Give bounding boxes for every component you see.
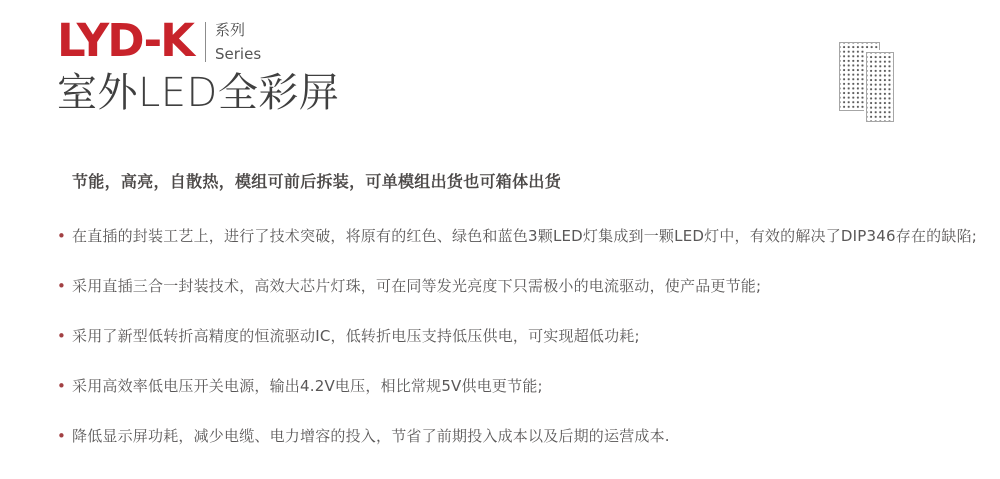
bullet-dot-icon: • (57, 276, 72, 297)
feature-text: 采用高效率低电压开关电源，输出4.2V电压，相比常规5V供电更节能; (72, 376, 987, 397)
bullet-dot-icon: • (57, 376, 72, 397)
feature-text: 采用了新型低转折高精度的恒流驱动IC，低转折电压支持低压供电，可实现超低功耗; (72, 326, 987, 347)
brochure-page: LYD-K 系列 Series 室外LED全彩屏 节能，高亮，自散热，模组可前后… (0, 0, 1000, 479)
page-title: 室外LED全彩屏 (57, 70, 339, 116)
bullet-dot-icon: • (57, 426, 72, 447)
feature-headline: 节能，高亮，自散热，模组可前后拆装，可单模组出货也可箱体出货 (72, 171, 987, 192)
bullet-dot-icon: • (57, 326, 72, 347)
feature-item: • 在直插的封装工艺上，进行了技术突破，将原有的红色、绿色和蓝色3颗LED灯集成… (57, 226, 987, 247)
feature-section: 节能，高亮，自散热，模组可前后拆装，可单模组出货也可箱体出货 • 在直插的封装工… (57, 171, 987, 476)
feature-item: • 采用了新型低转折高精度的恒流驱动IC，低转折电压支持低压供电，可实现超低功耗… (57, 326, 987, 347)
feature-item: • 采用直插三合一封装技术，高效大芯片灯珠，可在同等发光亮度下只需极小的电流驱动… (57, 276, 987, 297)
feature-text: 在直插的封装工艺上，进行了技术突破，将原有的红色、绿色和蓝色3颗LED灯集成到一… (72, 226, 987, 247)
product-series-title: LYD-K (57, 18, 193, 63)
led-panel-front-icon (866, 52, 894, 122)
feature-list: • 在直插的封装工艺上，进行了技术突破，将原有的红色、绿色和蓝色3颗LED灯集成… (57, 226, 987, 447)
led-module-panels-icon (839, 42, 897, 126)
feature-item: • 采用高效率低电压开关电源，输出4.2V电压，相比常规5V供电更节能; (57, 376, 987, 397)
feature-text: 采用直插三合一封装技术，高效大芯片灯珠，可在同等发光亮度下只需极小的电流驱动，使… (72, 276, 987, 297)
feature-text: 降低显示屏功耗，减少电缆、电力增容的投入，节省了前期投入成本以及后期的运营成本. (72, 426, 987, 447)
brand-header: LYD-K 系列 Series (57, 18, 261, 63)
feature-item: • 降低显示屏功耗，减少电缆、电力增容的投入，节省了前期投入成本以及后期的运营成… (57, 426, 987, 447)
series-label-cn: 系列 (215, 22, 261, 39)
series-label-block: 系列 Series (205, 22, 261, 62)
series-label-en: Series (215, 46, 261, 63)
bullet-dot-icon: • (57, 226, 72, 247)
